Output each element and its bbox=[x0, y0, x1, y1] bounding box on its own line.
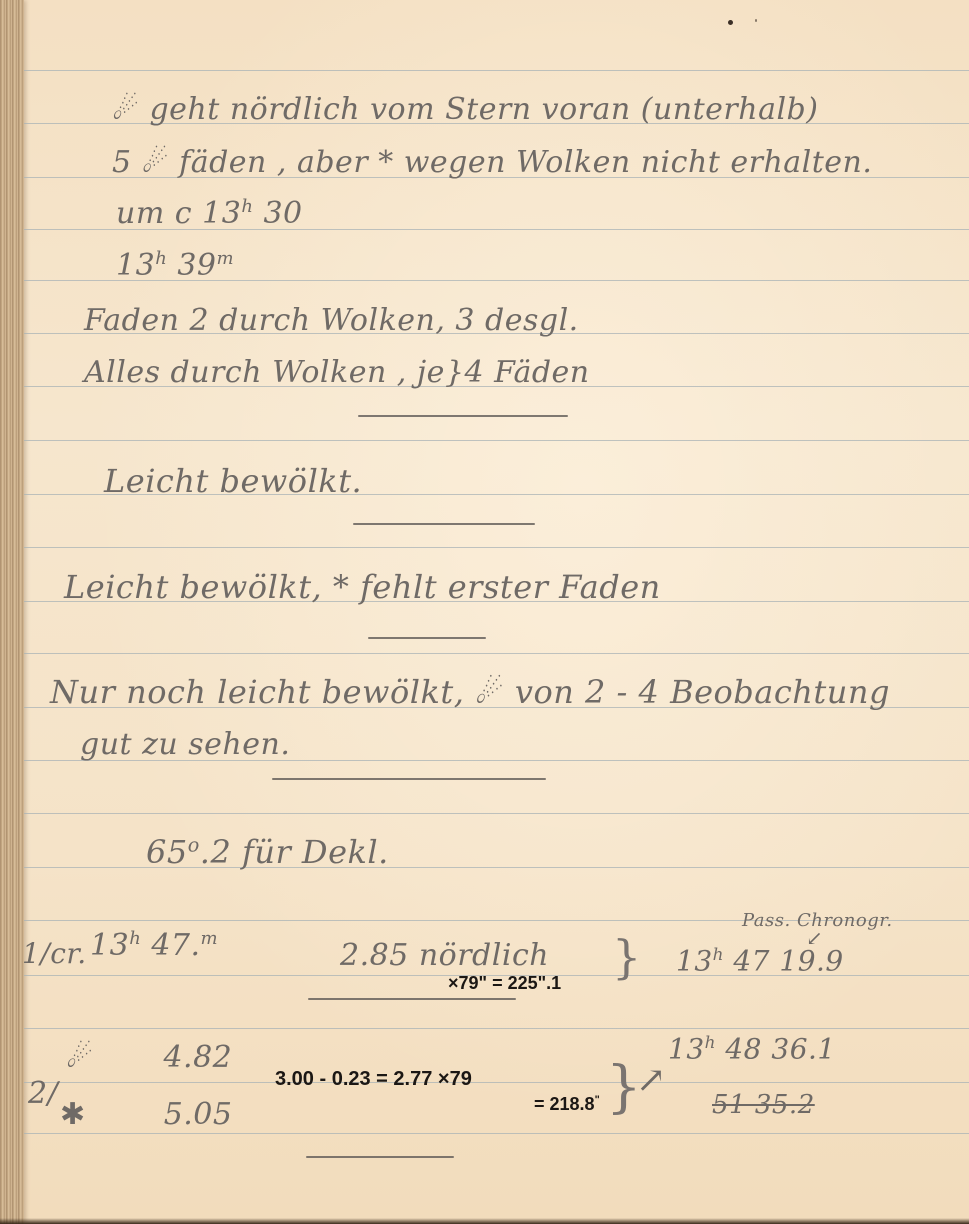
observation-1-measure: 2.85 nördlich bbox=[340, 938, 549, 973]
ruled-line bbox=[24, 653, 969, 654]
note-line-5: Faden 2 durch Wolken, 3 desgl. bbox=[84, 303, 579, 338]
star-icon: ✱ bbox=[60, 1097, 86, 1132]
note-line-2: 5 ☄ fäden , aber * wegen Wolken nicht er… bbox=[112, 145, 872, 180]
observation-2-struck-value: 51 35.2 bbox=[712, 1090, 815, 1120]
separator-line bbox=[308, 998, 516, 1000]
observation-2-row-star: ✱ 5.05 bbox=[60, 1097, 232, 1132]
separator-line bbox=[358, 415, 568, 417]
arrow-icon: ↗ bbox=[636, 1060, 667, 1101]
ink-stain bbox=[728, 20, 733, 25]
separator-line bbox=[353, 523, 535, 525]
observation-1-time: 13h 47.m bbox=[90, 928, 218, 963]
note-line-11: 65o.2 für Dekl. bbox=[146, 833, 389, 871]
note-line-6: Alles durch Wolken , je}4 Fäden bbox=[84, 355, 590, 390]
observation-2-ink-calc: 3.00 - 0.23 = 2.77 ×79 bbox=[275, 1068, 472, 1091]
ruled-line bbox=[24, 70, 969, 71]
note-line-1: ☄ geht nördlich vom Stern voran (unterha… bbox=[112, 92, 818, 127]
note-line-8: Leicht bewölkt, * fehlt erster Faden bbox=[64, 568, 661, 606]
ruled-line bbox=[24, 440, 969, 441]
observation-2-ink-result: = 218.8" bbox=[534, 1094, 600, 1115]
observation-1-ink-calc: ×79" = 225".1 bbox=[448, 973, 561, 994]
page-bottom-edge bbox=[0, 1218, 969, 1224]
note-line-7: Leicht bewölkt. bbox=[104, 462, 362, 500]
comet-icon: ☄ bbox=[66, 1040, 93, 1075]
observation-2-row-comet: ☄ 4.82 bbox=[66, 1040, 232, 1075]
separator-line bbox=[306, 1156, 454, 1158]
page-binding-edge bbox=[0, 0, 24, 1224]
comet-icon: ☄ bbox=[475, 673, 504, 711]
observation-1-brace: } bbox=[612, 934, 641, 980]
ruled-line bbox=[24, 813, 969, 814]
note-line-4: 13h 39m bbox=[116, 248, 234, 283]
ruled-line bbox=[24, 547, 969, 548]
ink-stain bbox=[755, 19, 757, 22]
observation-2-label: 2/ bbox=[28, 1076, 58, 1111]
note-line-10: gut zu sehen. bbox=[80, 727, 290, 762]
observation-1-chrono-value: 13h 47 19.9 bbox=[676, 944, 844, 977]
separator-line bbox=[272, 778, 546, 780]
comet-icon: ☄ bbox=[112, 92, 139, 127]
separator-line bbox=[368, 637, 486, 639]
ruled-line bbox=[24, 1133, 969, 1134]
note-line-3: um c 13h 30 bbox=[116, 196, 303, 231]
observation-1-label: 1/cr. bbox=[22, 937, 87, 970]
ruled-line bbox=[24, 1082, 969, 1083]
notebook-page: ☄ geht nördlich vom Stern voran (unterha… bbox=[0, 0, 969, 1224]
observation-2-chrono-value: 13h 48 36.1 bbox=[668, 1032, 836, 1065]
comet-icon: ☄ bbox=[142, 145, 169, 180]
ruled-line bbox=[24, 1028, 969, 1029]
note-line-9: Nur noch leicht bewölkt, ☄ von 2 - 4 Beo… bbox=[50, 673, 890, 711]
